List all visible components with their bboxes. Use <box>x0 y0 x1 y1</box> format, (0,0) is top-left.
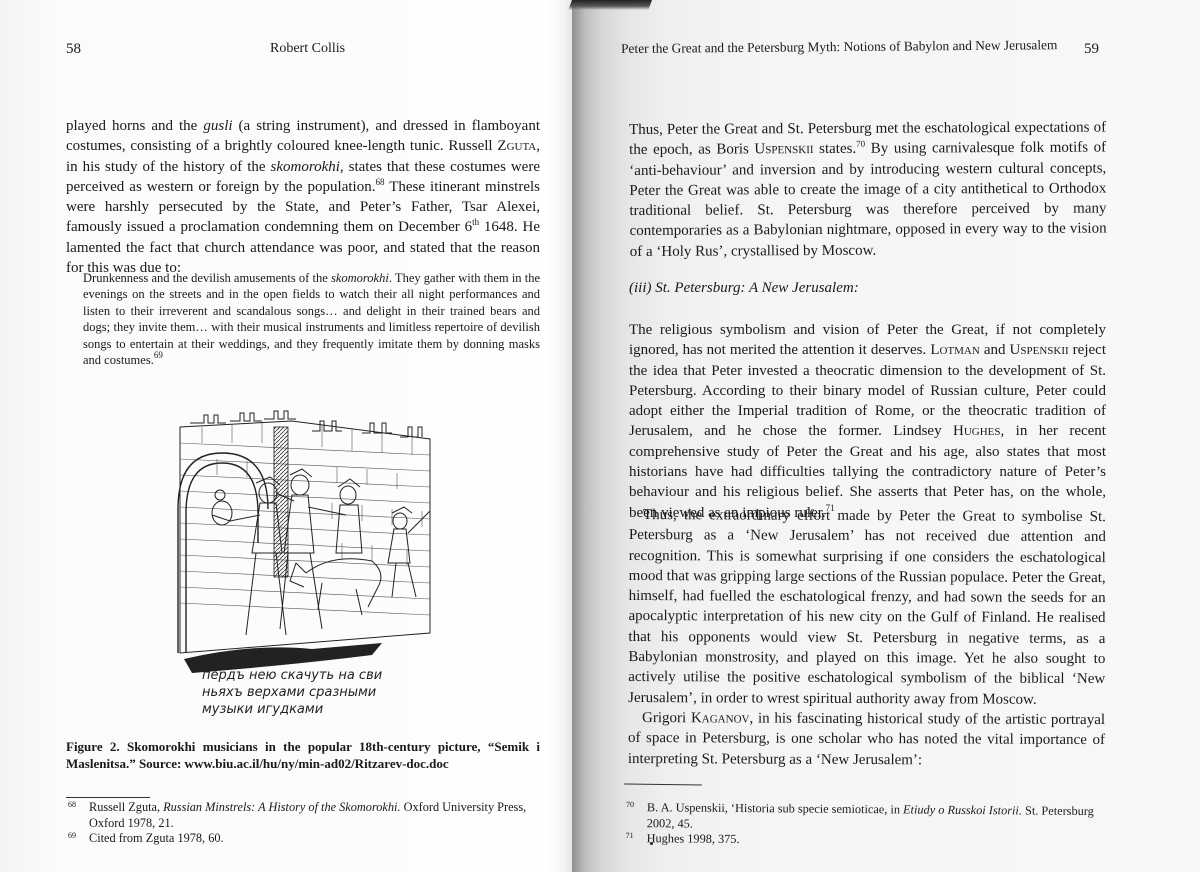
running-head: Peter the Great and the Petersburg Myth:… <box>621 36 1057 58</box>
footnote-ref: 70 <box>856 139 865 149</box>
paragraph: played horns and the gusli (a string ins… <box>66 116 540 278</box>
running-head: Robert Collis <box>270 40 345 58</box>
footnote-divider <box>66 797 150 798</box>
figure-illustration: пердъ нею скачуть на сви ньяхъ верхами с… <box>172 403 444 723</box>
body-text: Thus, Peter the Great and St. Petersburg… <box>629 118 1107 263</box>
footnote: 68Russell Zguta, Russian Minstrels: A Hi… <box>66 800 540 831</box>
svg-text:пердъ нею скачуть на сви: пердъ нею скачуть на сви <box>202 668 382 683</box>
paragraph: Grigori Kaganov, in his fascinating hist… <box>628 708 1105 771</box>
section-heading: (iii) St. Petersburg: A New Jerusalem: <box>629 280 859 297</box>
figure-caption: Figure 2. Skomorokhi musicians in the po… <box>66 738 540 772</box>
book-spread: 58 Robert Collis played horns and the gu… <box>0 0 1200 872</box>
footnote: 70B. A. Uspenskii, ‘Historia sub specie … <box>624 800 1110 835</box>
page-edge <box>568 0 652 10</box>
footnote: 69Cited from Zguta 1978, 60. <box>66 831 540 847</box>
spine-shadow <box>548 0 572 872</box>
svg-text:музыки игудками: музыки игудками <box>202 702 323 717</box>
page-number: 59 <box>1084 40 1099 58</box>
small-musician-figure <box>388 507 430 597</box>
paragraph: Thus, Peter the Great and St. Petersburg… <box>629 118 1107 263</box>
footnote-ref: 69 <box>154 350 163 360</box>
page-number: 58 <box>66 40 81 58</box>
paragraph: The religious symbolism and vision of Pe… <box>629 320 1106 523</box>
svg-text:ньяхъ верхами сразными: ньяхъ верхами сразными <box>202 685 376 700</box>
block-quote: Drunkenness and the devilish amusements … <box>83 270 540 368</box>
footnotes: 70B. A. Uspenskii, ‘Historia sub specie … <box>624 800 1110 851</box>
body-text: Thus, the extraordinary effort made by P… <box>628 505 1106 771</box>
body-text: played horns and the gusli (a string ins… <box>66 116 540 278</box>
ink-speck <box>650 842 653 845</box>
footnotes: 68Russell Zguta, Russian Minstrels: A Hi… <box>66 800 540 847</box>
paragraph: Thus, the extraordinary effort made by P… <box>628 505 1106 710</box>
body-text: The religious symbolism and vision of Pe… <box>629 320 1106 523</box>
skomorokhi-woodcut-icon: пердъ нею скачуть на сви ньяхъ верхами с… <box>172 403 444 723</box>
left-page: 58 Robert Collis played horns and the gu… <box>0 0 572 872</box>
